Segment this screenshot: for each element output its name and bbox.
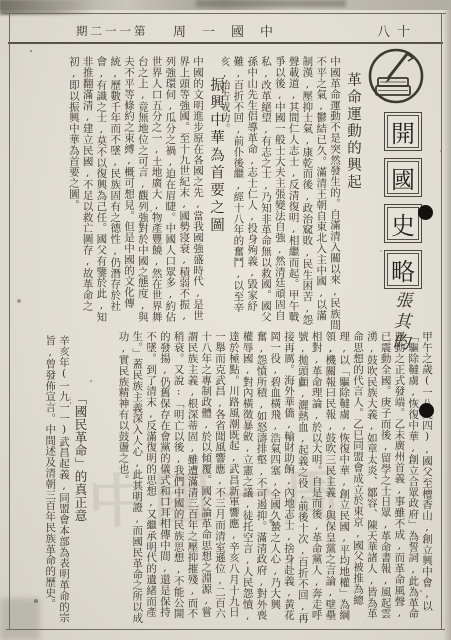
- header-rule: [8, 42, 443, 44]
- article-title-char-3: 史: [384, 204, 422, 243]
- scan-specks: [30, 50, 32, 52]
- page-frame-left: [9, 13, 10, 630]
- scanned-page: 中國一周 期二一一第 周一國中 八十 開 國 史 略 張其昀 革命運動的興起 中…: [0, 0, 451, 640]
- section-heading-2: 振興中華為首要之圖: [206, 77, 225, 255]
- scan-edge-shadow: [443, 0, 451, 640]
- scan-smudge: [196, 0, 346, 7]
- article-title-char-1: 開: [384, 112, 422, 151]
- page-frame-top: [5, 13, 446, 14]
- body-text-block-1: 中國革命運動不是突然發生的。自滿清入關以來,民族間不平之氣,鬱結已久。滿清王朝自…: [222, 56, 341, 330]
- body-text-block-2: 中國的文明進步原在各國之先,當我國強盛時代,是世界上頭等強國。至十九世紀末,國勢…: [55, 56, 204, 330]
- punch-hole-dot: [418, 205, 433, 220]
- punch-hole-dot: [419, 403, 434, 418]
- page-frame-right: [441, 13, 442, 630]
- article-title-char-2: 國: [384, 158, 422, 197]
- books-and-brush-seal-icon: [363, 45, 429, 113]
- issue-number: 期二一一第: [76, 23, 149, 39]
- section-heading-1: 革命運動的興起: [342, 72, 362, 224]
- page-number: 八十: [377, 21, 417, 40]
- publication-title: 周一國中: [173, 21, 289, 40]
- page-frame-bottom: [6, 629, 445, 630]
- article-title-char-4: 略: [384, 250, 422, 289]
- section-heading-3: 「國民革命」的真正意義: [70, 392, 88, 532]
- scan-smudge: [0, 598, 40, 640]
- body-text-block-3: 甲午之歲(一八九四),國父至檀香山,創立興中會,以「驅除韃虜,恢復中華,創立合眾…: [92, 331, 433, 625]
- body-text-block-4: 辛亥年(一九一一)武昌起義,同盟會本部為表明革命的宗旨,曾發佈宣言。中間述及清朝…: [43, 335, 70, 627]
